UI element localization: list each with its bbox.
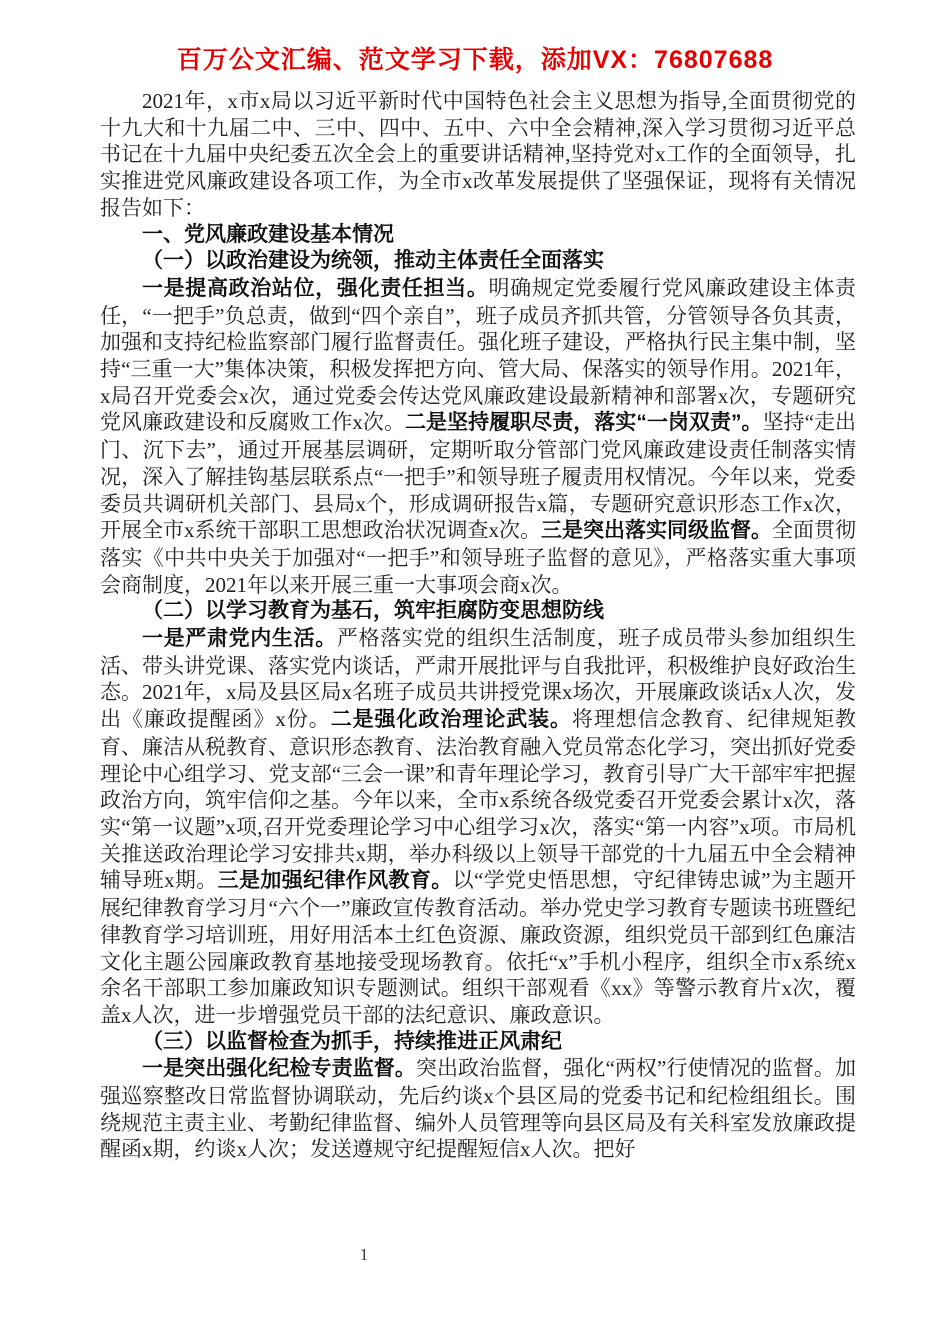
- lead-run-7: 一是突出强化纪检专责监督。: [142, 1057, 416, 1080]
- lead-run-3: 三是突出落实同级监督。: [541, 519, 772, 542]
- lead-run-5: 二是强化政治理论武装。: [331, 708, 572, 731]
- intro-paragraph: 2021年，x市x局以习近平新时代中国特色社会主义思想为指导,全面贯彻党的十九大…: [100, 88, 856, 222]
- lead-run-2: 二是坚持履职尽责，落实“一岗双责”。: [405, 411, 763, 434]
- heading-subsection-2: （二）以学习教育为基石，筑牢拒腐防变思想防线: [100, 598, 856, 625]
- promo-header-text: 百万公文汇编、范文学习下载，添加VX：76807688: [0, 40, 950, 76]
- text-run-5: 将理想信念教育、纪律规矩教育、廉洁从税教育、意识形态教育、法治教育融入党员常态化…: [100, 707, 856, 892]
- page-number: 1: [348, 1245, 380, 1265]
- paragraph-subsection-1: 一是提高政治站位，强化责任担当。明确规定党委履行党风廉政建设主体责任，“一把手”…: [100, 275, 856, 598]
- heading-subsection-3: （三）以监督检查为抓手，持续推进正风肃纪: [100, 1029, 856, 1056]
- lead-run-1: 一是提高政治站位，强化责任担当。: [142, 277, 489, 300]
- paragraph-subsection-2: 一是严肃党内生活。严格落实党的组织生活制度，班子成员带头参加组织生活、带头讲党课…: [100, 625, 856, 1029]
- lead-run-4: 一是严肃党内生活。: [142, 627, 337, 650]
- document-page: 百万公文汇编、范文学习下载，添加VX：76807688 2021年，x市x局以习…: [0, 0, 950, 1344]
- heading-section-1: 一、党风廉政建设基本情况: [100, 222, 856, 249]
- paragraph-subsection-3: 一是突出强化纪检专责监督。突出政治监督，强化“两权”行使情况的监督。加强巡察整改…: [100, 1055, 856, 1163]
- document-body: 2021年，x市x局以习近平新时代中国特色社会主义思想为指导,全面贯彻党的十九大…: [100, 88, 856, 1163]
- lead-run-6: 三是加强纪律作风教育。: [218, 869, 453, 892]
- heading-subsection-1: （一）以政治建设为统领，推动主体责任全面落实: [100, 248, 856, 275]
- intro-text: 2021年，x市x局以习近平新时代中国特色社会主义思想为指导,全面贯彻党的十九大…: [100, 89, 856, 220]
